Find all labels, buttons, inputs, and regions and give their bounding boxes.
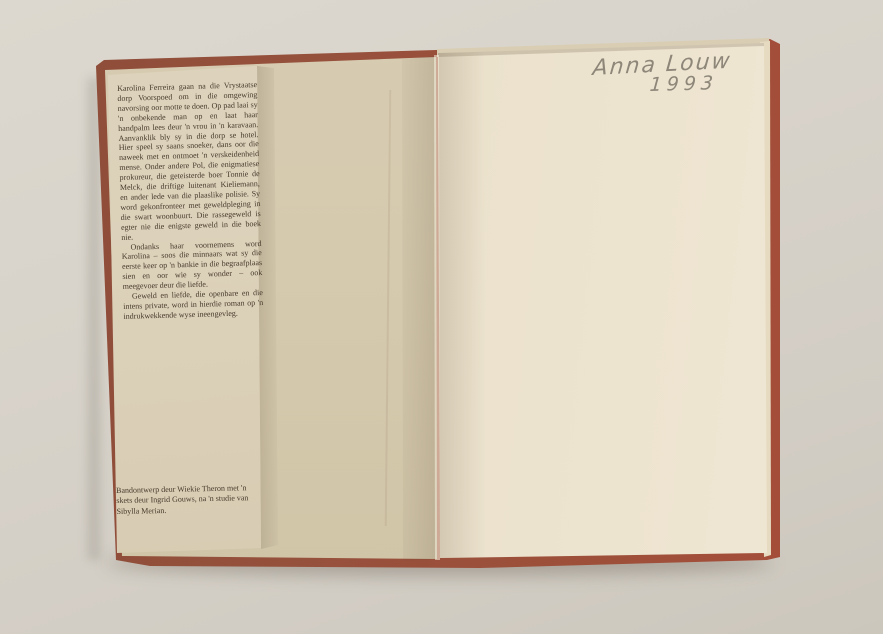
flap-blurb: Karolina Ferreira gaan na die Vrystaatse… bbox=[117, 80, 264, 322]
flap-design-credit: Bandontwerp deur Wiekie Theron met 'n sk… bbox=[116, 483, 263, 517]
photo-of-open-book: Karolina Ferreira gaan na die Vrystaatse… bbox=[0, 0, 883, 634]
book-left-shadow bbox=[88, 78, 100, 560]
flap-blurb-paragraph: Ondanks haar voornemens word Karolina – … bbox=[121, 239, 262, 292]
owner-inscription: Anna Louw 1993 bbox=[592, 49, 733, 100]
flap-blurb-paragraph: Geweld en liefde, die openbare en die in… bbox=[123, 288, 264, 322]
inscription-year: 1993 bbox=[649, 72, 734, 96]
flap-blurb-paragraph: Karolina Ferreira gaan na die Vrystaatse… bbox=[117, 80, 261, 242]
